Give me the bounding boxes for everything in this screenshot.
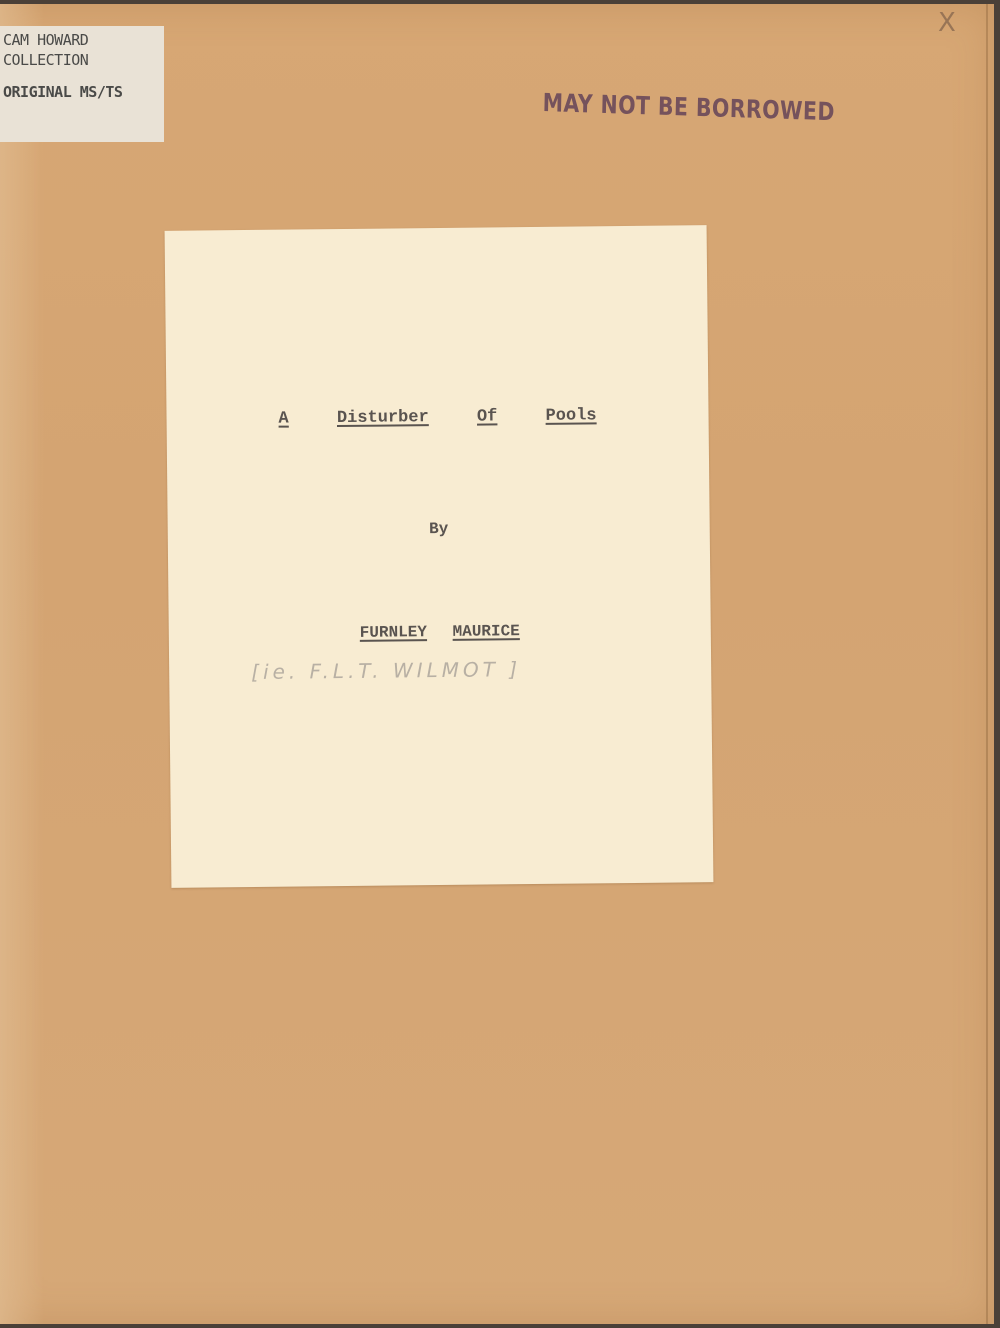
- label-line-3: ORIGINAL MS/TS: [3, 82, 164, 102]
- manuscript-title: A Disturber Of Pools: [166, 405, 708, 430]
- label-line-2: COLLECTION: [3, 50, 164, 70]
- title-word: Pools: [545, 406, 596, 426]
- pencil-annotation: [ie. F.L.T. WILMOT ]: [251, 656, 611, 684]
- collection-label: CAM HOWARD COLLECTION ORIGINAL MS/TS: [0, 26, 164, 142]
- folder-worn-edge: [0, 4, 44, 1324]
- author-word: FURNLEY: [360, 623, 427, 642]
- title-page: A Disturber Of Pools By FURNLEY MAURICE …: [165, 225, 714, 888]
- label-line-1: CAM HOWARD: [3, 30, 164, 50]
- author-word: MAURICE: [452, 622, 519, 641]
- folder-right-edge: [978, 4, 988, 1324]
- pencil-x-mark: X: [938, 8, 956, 38]
- byline: By: [168, 517, 710, 541]
- title-word: A: [278, 410, 288, 429]
- author-name: FURNLEY MAURICE: [169, 620, 711, 644]
- title-word: Of: [477, 407, 498, 426]
- title-word: Disturber: [337, 408, 429, 428]
